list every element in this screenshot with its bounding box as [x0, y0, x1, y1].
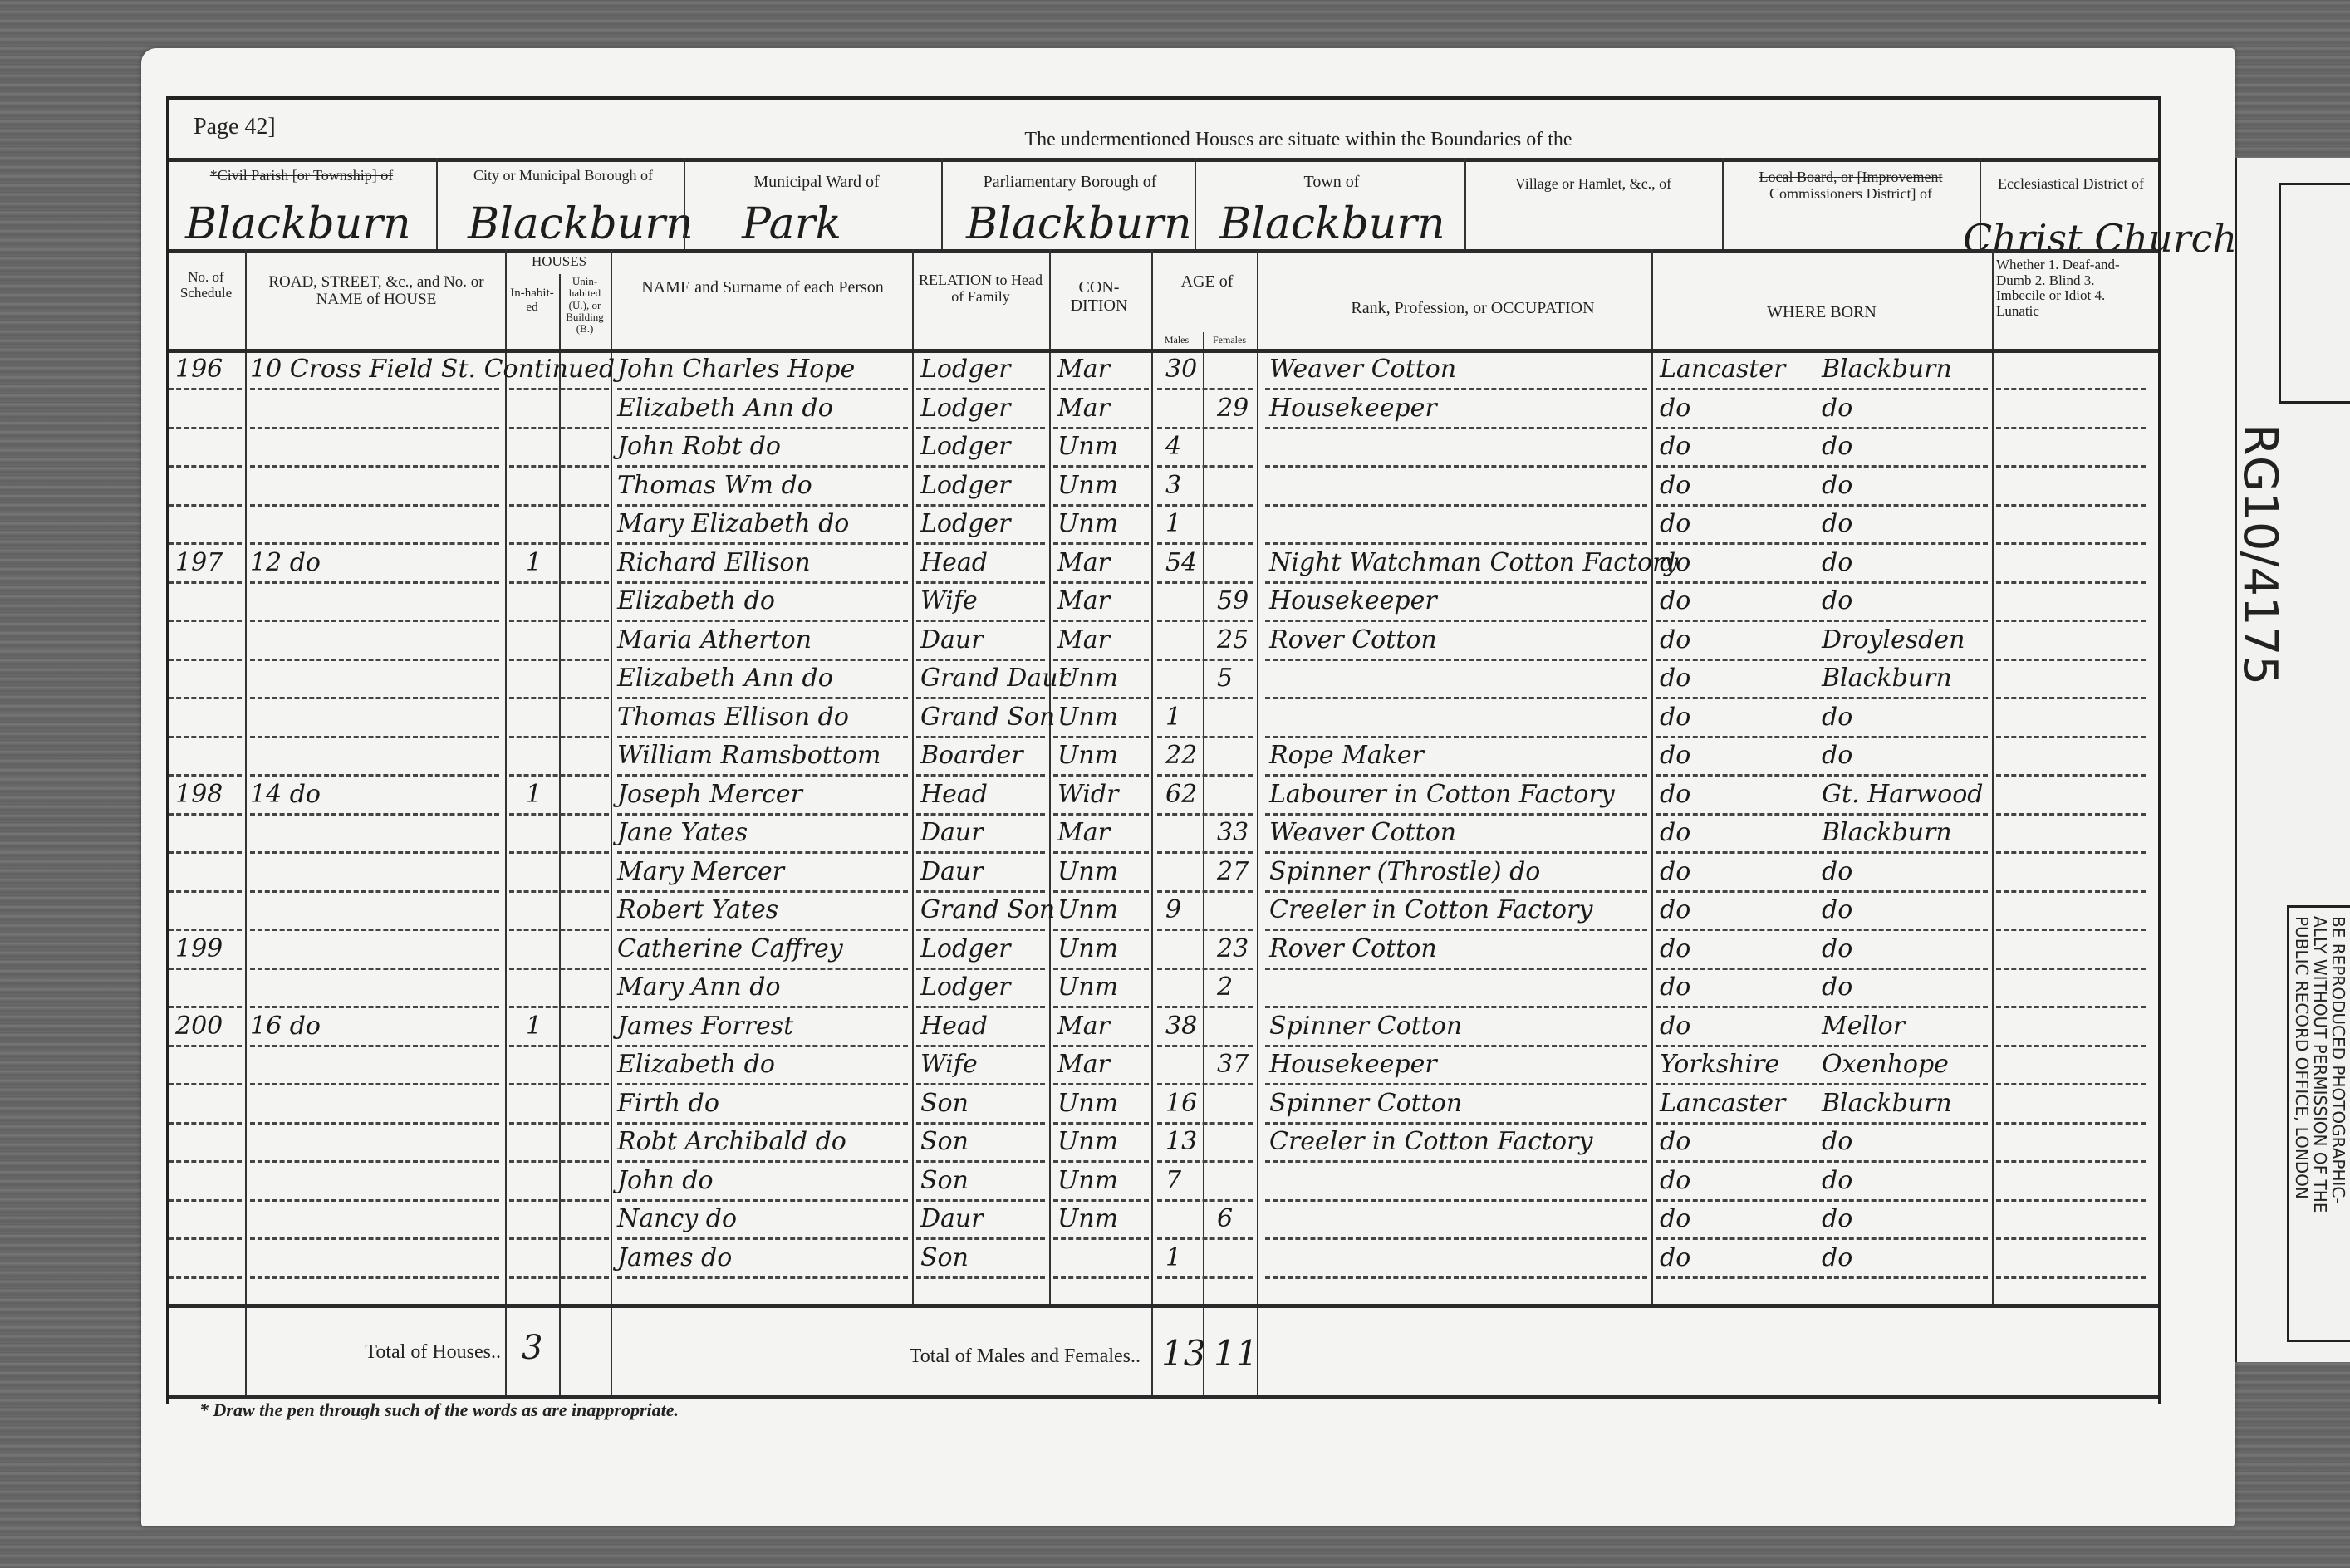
col-inhabited: In-habit-ed [509, 287, 555, 314]
row-rule [1996, 968, 2146, 970]
row-rule [169, 581, 242, 584]
cell-road: 10 Cross Field St. Continued [250, 355, 615, 384]
cell-born-place: do [1822, 1243, 1852, 1272]
cell-born-place: do [1822, 703, 1852, 732]
district-value-ecclesiastical: Christ Church [1963, 216, 2237, 261]
col-houses: HOUSES [509, 254, 609, 270]
table-row: Firth doSonUnm16Spinner CottonLancasterB… [169, 1087, 2158, 1124]
cell-male-age: 1 [1165, 509, 1181, 538]
col-occupation: Rank, Profession, or OCCUPATION [1265, 299, 1680, 317]
table-row: 19610 Cross Field St. ContinuedJohn Char… [169, 353, 2158, 390]
cell-condition: Mar [1057, 1050, 1110, 1079]
cell-condition: Mar [1057, 548, 1110, 577]
cell-name: Maria Atherton [617, 625, 812, 654]
census-form: Page 42] The undermentioned Houses are s… [166, 96, 2161, 1404]
cell-born-place: do [1822, 586, 1852, 615]
table-row: James doSon1dodo [169, 1242, 2158, 1278]
row-rule [916, 1199, 1045, 1202]
cell-occupation: Night Watchman Cotton Factory [1269, 548, 1678, 577]
page-number: Page 42] [194, 115, 276, 140]
cell-born-place: Blackburn [1822, 818, 1952, 847]
row-rule [1157, 581, 1253, 584]
cell-road: 14 do [250, 780, 321, 809]
cell-born-county: do [1660, 1204, 1690, 1233]
cell-condition: Unm [1057, 1127, 1118, 1156]
row-rule [1996, 774, 2146, 777]
row-rule [1053, 1199, 1149, 1202]
cell-born-county: do [1660, 1166, 1690, 1195]
row-rule [509, 736, 609, 738]
row-rule [1265, 1160, 1647, 1163]
row-rule [617, 465, 908, 468]
cell-relation: Son [920, 1166, 969, 1195]
row-rule [1157, 1199, 1253, 1202]
cell-born-county: do [1660, 509, 1690, 538]
cell-born-county: Lancaster [1660, 355, 1785, 384]
cell-born-place: do [1822, 895, 1852, 924]
row-rule [250, 736, 499, 738]
district-label-town: Town of [1203, 173, 1460, 191]
cell-occupation: Creeler in Cotton Factory [1269, 1127, 1592, 1156]
copyright-notice: BE REPRODUCED PHOTOGRAPHIC- ALLY WITHOUT… [2287, 905, 2350, 1342]
row-rule [1996, 736, 2146, 738]
row-rule [169, 504, 242, 507]
row-rule [1157, 542, 1253, 545]
row-rule [1265, 1276, 1647, 1279]
row-rule [1996, 388, 2146, 390]
cell-relation: Daur [920, 1204, 984, 1233]
cell-born-place: do [1822, 857, 1852, 886]
table-row: John Robt doLodgerUnm4dodo [169, 430, 2158, 467]
row-rule [169, 890, 242, 893]
row-rule [509, 1199, 609, 1202]
row-rule [1157, 1237, 1253, 1240]
row-rule [617, 620, 908, 622]
row-rule [617, 504, 908, 507]
cell-born-county: do [1660, 432, 1690, 461]
table-row: Thomas Ellison doGrand SonUnm1dodo [169, 701, 2158, 737]
table-row: Elizabeth Ann doLodgerMar29Housekeeperdo… [169, 392, 2158, 429]
row-rule [1656, 427, 1988, 429]
row-rule [1656, 1122, 1988, 1125]
row-rule [169, 1160, 242, 1163]
row-rule [1656, 1045, 1988, 1047]
row-rule [617, 929, 908, 931]
row-rule [509, 1006, 609, 1008]
row-rule [916, 581, 1045, 584]
cell-inhabited: 1 [526, 548, 542, 577]
row-rule [509, 388, 609, 390]
row-rule [1656, 504, 1988, 507]
cell-name: Robert Yates [617, 895, 778, 924]
cell-schedule: 196 [175, 355, 223, 384]
row-rule [1053, 388, 1149, 390]
row-rule [250, 388, 499, 390]
cell-born-place: do [1822, 432, 1852, 461]
row-rule [250, 1045, 499, 1047]
cell-born-place: Oxenhope [1822, 1050, 1949, 1079]
cell-name: John Robt do [617, 432, 781, 461]
cell-male-age: 1 [1165, 1243, 1181, 1272]
row-rule [169, 388, 242, 390]
row-rule [916, 1083, 1045, 1085]
row-rule [1656, 968, 1988, 970]
row-rule [1996, 851, 2146, 854]
cell-name: Jane Yates [617, 818, 748, 847]
cell-male-age: 3 [1165, 471, 1181, 500]
divider [169, 158, 2158, 162]
table-row: Thomas Wm doLodgerUnm3dodo [169, 469, 2158, 506]
row-rule [916, 736, 1045, 738]
row-rule [1996, 465, 2146, 468]
cell-occupation: Creeler in Cotton Factory [1269, 895, 1592, 924]
row-rule [509, 465, 609, 468]
row-rule [1265, 427, 1647, 429]
row-rule [250, 1160, 499, 1163]
row-rule [1656, 465, 1988, 468]
table-row: William RamsbottomBoarderUnm22Rope Maker… [169, 739, 2158, 776]
row-rule [169, 736, 242, 738]
cell-name: William Ramsbottom [617, 741, 881, 770]
row-rule [617, 890, 908, 893]
district-label-local-board: Local Board, or [Improvement Commissione… [1730, 169, 1971, 203]
row-rule [1265, 1237, 1647, 1240]
row-rule [1265, 1083, 1647, 1085]
cell-relation: Son [920, 1089, 969, 1118]
row-rule [1053, 736, 1149, 738]
row-rule [1157, 736, 1253, 738]
district-label-ecclesiastical: Ecclesiastical District of [1988, 176, 2154, 193]
table-row: Nancy doDaurUnm6dodo [169, 1203, 2158, 1239]
row-rule [1053, 1006, 1149, 1008]
col-road: ROAD, STREET, &c., and No. or NAME of HO… [252, 274, 501, 309]
cell-born-county: do [1660, 1127, 1690, 1156]
cell-name: Elizabeth do [617, 1050, 775, 1079]
row-rule [1053, 774, 1149, 777]
row-rule [250, 929, 499, 931]
row-rule [617, 1276, 908, 1279]
cell-schedule: 197 [175, 548, 223, 577]
row-rule [250, 1276, 499, 1279]
row-rule [916, 1237, 1045, 1240]
row-rule [1053, 1045, 1149, 1047]
row-rule [1996, 427, 2146, 429]
table-row: Jane YatesDaurMar33Weaver CottondoBlackb… [169, 816, 2158, 853]
notice-line-1: BE REPRODUCED PHOTOGRAPHIC- [2328, 916, 2348, 1204]
row-rule [1157, 427, 1253, 429]
reference-number: RG10/4175 [2233, 424, 2287, 685]
cell-male-age: 30 [1165, 355, 1197, 384]
cell-born-county: do [1660, 780, 1690, 809]
row-rule [509, 1083, 609, 1085]
row-rule [250, 851, 499, 854]
cell-condition: Mar [1057, 394, 1110, 423]
row-rule [509, 1122, 609, 1125]
cell-condition: Unm [1057, 1204, 1118, 1233]
cell-road: 16 do [250, 1012, 321, 1041]
row-rule [1996, 697, 2146, 699]
col-uninhabited: Unin-habited (U.), or Building (B.) [561, 276, 609, 335]
row-rule [916, 697, 1045, 699]
district-label-civil-parish: *Civil Parish [or Township] of [177, 168, 426, 184]
cell-born-county: do [1660, 818, 1690, 847]
row-rule [916, 427, 1045, 429]
cell-occupation: Labourer in Cotton Factory [1269, 780, 1615, 809]
cell-born-place: do [1822, 741, 1852, 770]
cell-relation: Daur [920, 818, 984, 847]
row-rule [509, 1237, 609, 1240]
district-label-village: Village or Hamlet, &c., of [1469, 176, 1718, 193]
row-rule [1656, 581, 1988, 584]
cell-relation: Lodger [920, 934, 1011, 963]
cell-condition: Unm [1057, 857, 1118, 886]
table-row: John doSonUnm7dodo [169, 1164, 2158, 1201]
row-rule [617, 427, 908, 429]
table-row: Mary MercerDaurUnm27Spinner (Throstle) d… [169, 855, 2158, 892]
cell-occupation: Rope Maker [1269, 741, 1424, 770]
table-row: Elizabeth doWifeMar37HousekeeperYorkshir… [169, 1048, 2158, 1085]
cell-inhabited: 1 [526, 1012, 542, 1041]
cell-name: James do [617, 1243, 732, 1272]
cell-male-age: 54 [1165, 548, 1197, 577]
row-rule [1157, 1045, 1253, 1047]
row-rule [1053, 968, 1149, 970]
cell-born-county: do [1660, 394, 1690, 423]
row-rule [169, 697, 242, 699]
row-rule [250, 774, 499, 777]
row-rule [1656, 1083, 1988, 1085]
cell-born-place: Gt. Harwood [1822, 780, 1984, 809]
cell-occupation: Housekeeper [1269, 1050, 1437, 1079]
row-rule [1265, 542, 1647, 545]
cell-born-place: Blackburn [1822, 355, 1952, 384]
row-rule [617, 1006, 908, 1008]
row-rule [1265, 1122, 1647, 1125]
cell-born-county: do [1660, 703, 1690, 732]
cell-male-age: 4 [1165, 432, 1181, 461]
row-rule [1656, 1160, 1988, 1163]
row-rule [1157, 890, 1253, 893]
row-rule [1053, 1276, 1149, 1279]
row-rule [250, 1122, 499, 1125]
cell-born-county: do [1660, 973, 1690, 1002]
col-where-born: WHERE BORN [1656, 303, 1988, 321]
row-rule [1157, 929, 1253, 931]
cell-condition: Unm [1057, 973, 1118, 1002]
cell-male-age: 16 [1165, 1089, 1197, 1118]
cell-born-place: Mellor [1822, 1012, 1905, 1041]
cell-female-age: 6 [1217, 1204, 1233, 1233]
scale-ruler [2279, 183, 2350, 404]
col-name: NAME and Surname of each Person [617, 278, 908, 296]
cell-schedule: 198 [175, 780, 223, 809]
cell-born-county: do [1660, 1012, 1690, 1041]
row-rule [1996, 1199, 2146, 1202]
table-row: Robt Archibald doSonUnm13Creeler in Cott… [169, 1125, 2158, 1162]
cell-occupation: Rover Cotton [1269, 625, 1437, 654]
row-rule [1996, 504, 2146, 507]
cell-name: Thomas Wm do [617, 471, 812, 500]
row-rule [1265, 465, 1647, 468]
cell-road: 12 do [250, 548, 321, 577]
cell-name: Mary Mercer [617, 857, 784, 886]
row-rule [1265, 890, 1647, 893]
row-rule [169, 620, 242, 622]
table-row: 19814 do1Joseph MercerHeadWidr62Labourer… [169, 778, 2158, 815]
row-rule [250, 890, 499, 893]
cell-female-age: 33 [1217, 818, 1249, 847]
row-rule [1157, 1083, 1253, 1085]
row-rule [617, 1045, 908, 1047]
col-schedule: No. of Schedule [173, 270, 239, 301]
row-rule [169, 1045, 242, 1047]
row-rule [1656, 890, 1988, 893]
row-rule [617, 659, 908, 661]
row-rule [250, 427, 499, 429]
row-rule [1656, 1199, 1988, 1202]
row-rule [1996, 1160, 2146, 1163]
cell-born-county: do [1660, 741, 1690, 770]
cell-male-age: 38 [1165, 1012, 1197, 1041]
cell-born-county: do [1660, 857, 1690, 886]
row-rule [250, 1199, 499, 1202]
cell-born-place: do [1822, 394, 1852, 423]
cell-born-county: do [1660, 586, 1690, 615]
row-rule [1656, 388, 1988, 390]
row-rule [1265, 1006, 1647, 1008]
cell-relation: Wife [920, 1050, 978, 1079]
cell-born-place: do [1822, 973, 1852, 1002]
cell-relation: Wife [920, 586, 978, 615]
district-value-parliamentary: Blackburn [966, 199, 1192, 249]
row-rule [1053, 1083, 1149, 1085]
row-rule [169, 659, 242, 661]
row-rule [1265, 1199, 1647, 1202]
cell-occupation: Spinner Cotton [1269, 1089, 1462, 1118]
cell-name: Catherine Caffrey [617, 934, 843, 963]
cell-relation: Lodger [920, 471, 1011, 500]
row-rule [509, 427, 609, 429]
cell-condition: Unm [1057, 432, 1118, 461]
row-rule [1053, 851, 1149, 854]
cell-born-county: Yorkshire [1660, 1050, 1779, 1079]
table-row: Elizabeth doWifeMar59Housekeeperdodo [169, 585, 2158, 621]
district-label-parliamentary: Parliamentary Borough of [949, 173, 1190, 191]
row-rule [1053, 1237, 1149, 1240]
cell-relation: Lodger [920, 973, 1011, 1002]
district-value-ward: Park [742, 199, 841, 249]
row-rule [1996, 890, 2146, 893]
total-males-value: 13 [1161, 1333, 1205, 1374]
cell-born-place: do [1822, 934, 1852, 963]
row-rule [617, 1199, 908, 1202]
row-rule [1996, 1276, 2146, 1279]
cell-male-age: 62 [1165, 780, 1197, 809]
cell-born-place: do [1822, 1127, 1852, 1156]
table-row: Maria AthertonDaurMar25Rover CottondoDro… [169, 624, 2158, 660]
total-females-value: 11 [1214, 1333, 1258, 1374]
row-rule [617, 736, 908, 738]
cell-name: James Forrest [617, 1012, 793, 1041]
row-rule [509, 581, 609, 584]
row-rule [1157, 968, 1253, 970]
district-value-town: Blackburn [1219, 199, 1445, 249]
cell-schedule: 199 [175, 934, 223, 963]
row-rule [1656, 1276, 1988, 1279]
row-rule [1157, 1160, 1253, 1163]
row-rule [1265, 659, 1647, 661]
cell-relation: Head [920, 780, 988, 809]
table-row: 20016 do1James ForrestHeadMar38Spinner C… [169, 1010, 2158, 1046]
row-rule [250, 620, 499, 622]
archive-strip: RG10/4175 BE REPRODUCED PHOTOGRAPHIC- AL… [2235, 158, 2350, 1362]
total-persons-label: Total of Males and Females.. [875, 1345, 1141, 1367]
row-rule [509, 620, 609, 622]
row-rule [169, 813, 242, 816]
row-rule [1656, 813, 1988, 816]
row-rule [1157, 851, 1253, 854]
row-rule [1656, 659, 1988, 661]
cell-name: Firth do [617, 1089, 719, 1118]
row-rule [1996, 1045, 2146, 1047]
row-rule [1656, 736, 1988, 738]
cell-male-age: 9 [1165, 895, 1181, 924]
row-rule [509, 504, 609, 507]
table-row: Mary Elizabeth doLodgerUnm1dodo [169, 507, 2158, 544]
row-rule [1265, 774, 1647, 777]
row-rule [1265, 736, 1647, 738]
cell-relation: Daur [920, 857, 984, 886]
cell-name: John do [617, 1166, 714, 1195]
cell-occupation: Spinner Cotton [1269, 1012, 1462, 1041]
row-rule [1265, 620, 1647, 622]
row-rule [169, 1006, 242, 1008]
cell-born-county: do [1660, 471, 1690, 500]
col-relation: RELATION to Head of Family [916, 272, 1045, 306]
cell-female-age: 59 [1217, 586, 1249, 615]
row-rule [1265, 813, 1647, 816]
cell-relation: Lodger [920, 355, 1011, 384]
row-rule [1265, 1045, 1647, 1047]
cell-male-age: 7 [1165, 1166, 1181, 1195]
row-rule [509, 968, 609, 970]
row-rule [1053, 890, 1149, 893]
total-houses-label: Total of Houses.. [302, 1341, 501, 1363]
cell-name: Elizabeth Ann do [617, 664, 833, 693]
cell-born-place: do [1822, 1166, 1852, 1195]
row-rule [1656, 774, 1988, 777]
cell-born-place: Droylesden [1822, 625, 1965, 654]
cell-relation: Son [920, 1243, 969, 1272]
row-rule [509, 1045, 609, 1047]
row-rule [1656, 542, 1988, 545]
row-rule [916, 659, 1045, 661]
row-rule [1157, 1122, 1253, 1125]
col-females: Females [1204, 335, 1254, 345]
total-houses-value: 3 [522, 1329, 542, 1367]
row-rule [1053, 1122, 1149, 1125]
row-rule [916, 542, 1045, 545]
cell-relation: Lodger [920, 394, 1011, 423]
cell-name: Elizabeth Ann do [617, 394, 833, 423]
cell-schedule: 200 [175, 1012, 223, 1041]
cell-male-age: 22 [1165, 741, 1197, 770]
row-rule [509, 659, 609, 661]
row-rule [169, 1199, 242, 1202]
row-rule [1157, 659, 1253, 661]
cell-male-age: 1 [1165, 703, 1181, 732]
row-rule [617, 542, 908, 545]
